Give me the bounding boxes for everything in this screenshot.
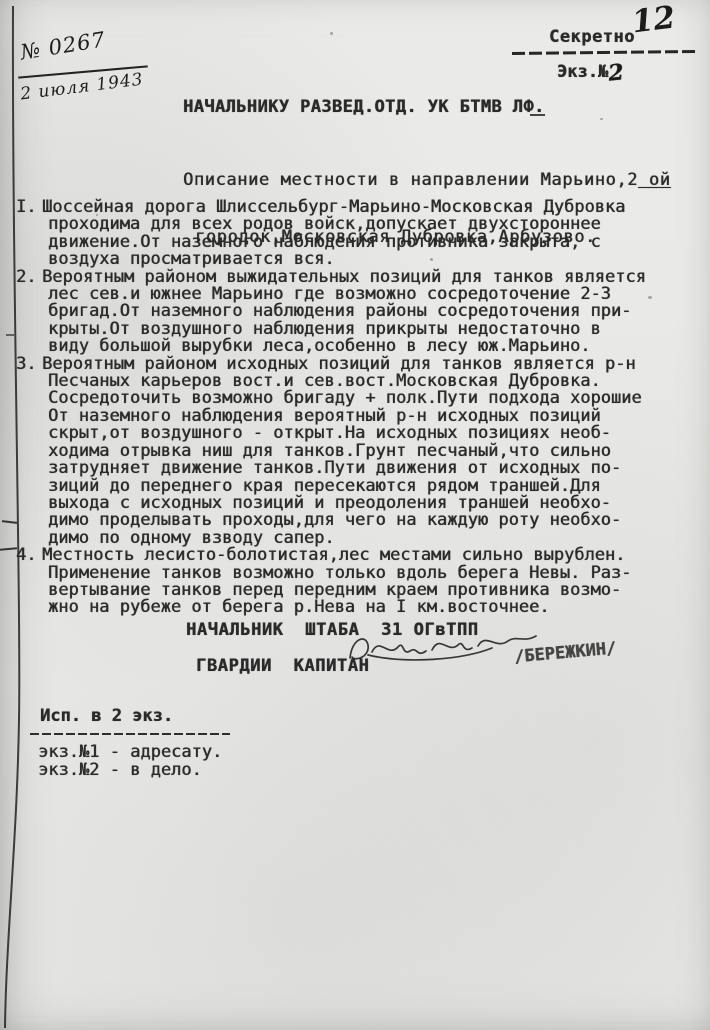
paragraph-number: 2. bbox=[16, 269, 36, 286]
handwritten-doc-number: № 0267 bbox=[19, 27, 108, 64]
copy-number-line: Экз.№2 bbox=[557, 62, 624, 81]
paper-speck bbox=[430, 258, 433, 261]
addressee-heading: НАЧАЛЬНИКУ РАЗВЕД.ОТД. УК БТМВ ЛФ. bbox=[183, 99, 545, 116]
margin-tick-mark bbox=[6, 334, 14, 336]
paragraph-number: I. bbox=[16, 199, 36, 216]
paper-speck bbox=[600, 118, 603, 120]
body-line: Местность лесисто-болотистая,лес местами… bbox=[42, 547, 696, 564]
subject-line-1: Описание местности в направлении Марьино… bbox=[183, 171, 671, 190]
secrecy-stamp: Секретно bbox=[549, 29, 635, 46]
body-line: воздуха просматривается вся. bbox=[48, 251, 696, 268]
paragraph-3: 3.Вероятным районом исходных позиций для… bbox=[16, 356, 696, 547]
paper-speck bbox=[330, 32, 333, 35]
secrecy-divider-line bbox=[512, 50, 696, 55]
copy-distribution-1: экз.№1 - адресату. bbox=[38, 744, 222, 761]
scanned-document-page: № 0267 2 июля 1943 12 Секретно Экз.№2 НА… bbox=[0, 0, 710, 1030]
paragraph-2: 2.Вероятным районом выжидательных позици… bbox=[16, 269, 696, 356]
handwritten-copy-number: 2 bbox=[608, 64, 625, 83]
paper-speck bbox=[648, 296, 652, 299]
copy-distribution-2: экз.№2 - в дело. bbox=[38, 762, 202, 779]
handwritten-page-number: 12 bbox=[630, 0, 677, 40]
trailing-underscore-mark bbox=[530, 114, 545, 116]
copy-label: Экз.№ bbox=[557, 62, 608, 82]
body-line: затрудняет движение танков.Пути движения… bbox=[48, 460, 696, 477]
paragraph-number: 4. bbox=[16, 547, 36, 564]
footer-divider-line bbox=[30, 733, 230, 735]
copies-note: Исп. в 2 экз. bbox=[40, 708, 173, 725]
paragraph-4: 4.Местность лесисто-болотистая,лес места… bbox=[16, 547, 696, 617]
paragraph-1: I.Шоссейная дорога Шлиссельбург-Марьино-… bbox=[16, 199, 696, 269]
body-paragraphs: I.Шоссейная дорога Шлиссельбург-Марьино-… bbox=[16, 199, 696, 617]
paragraph-number: 3. bbox=[16, 356, 36, 373]
subject-text: Описание местности в направлении Марьино… bbox=[183, 170, 638, 190]
subject-underlined-text: ой bbox=[638, 170, 671, 190]
handwritten-signature bbox=[342, 626, 542, 676]
paper-speck bbox=[96, 214, 98, 216]
body-line: жно на рубеже от берега р.Нева на I км.в… bbox=[48, 599, 696, 616]
